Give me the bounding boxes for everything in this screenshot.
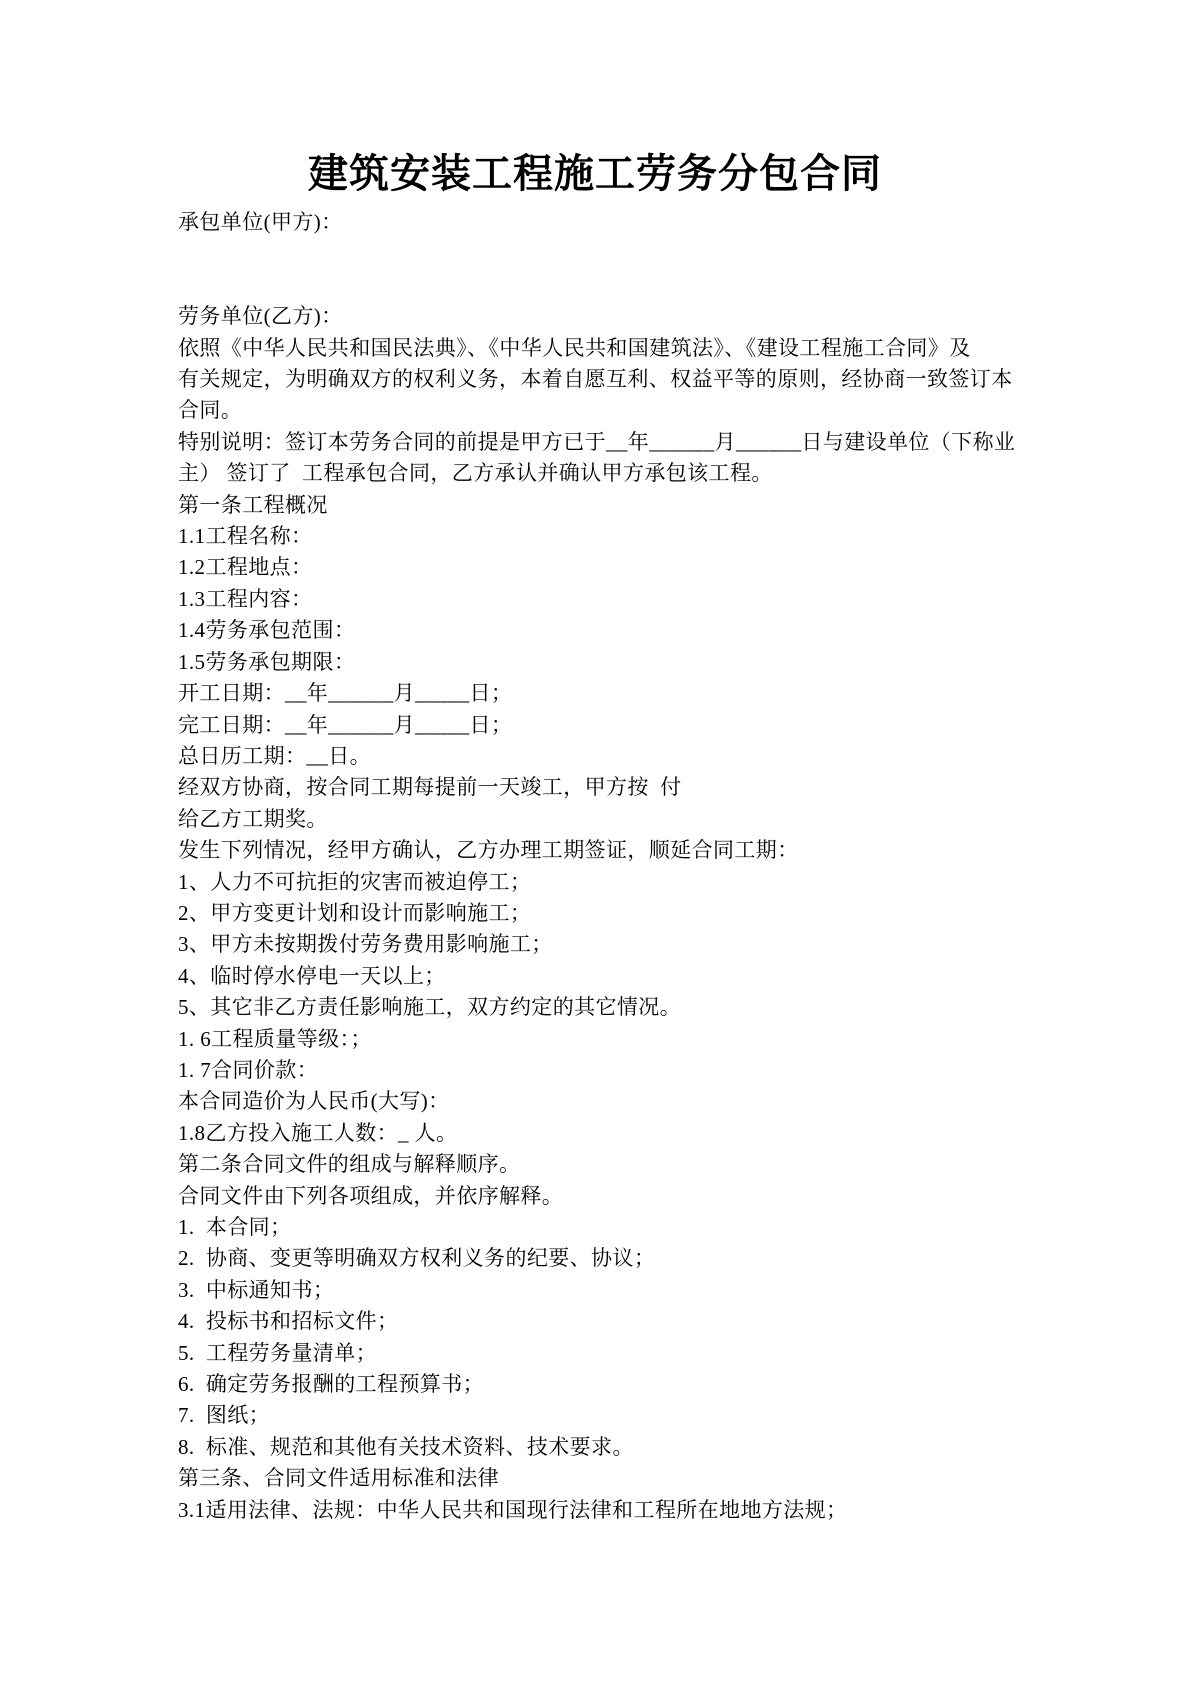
- text-line: 1. 6工程质量等级：；: [178, 1024, 1038, 1055]
- text-line: 3.1适用法律、法规：中华人民共和国现行法律和工程所在地地方法规；: [178, 1495, 1038, 1526]
- text-line: 6. 确定劳务报酬的工程预算书；: [178, 1369, 1038, 1400]
- text-line: 4、临时停水停电一天以上；: [178, 961, 1038, 992]
- text-line: 3. 中标通知书；: [178, 1275, 1038, 1306]
- text-line: 4. 投标书和招标文件；: [178, 1306, 1038, 1337]
- text-line: 1.5劳务承包期限：: [178, 647, 1038, 678]
- text-line: 第二条合同文件的组成与解释顺序。: [178, 1149, 1038, 1180]
- text-line: 5. 工程劳务量清单；: [178, 1338, 1038, 1369]
- text-line: 1.2工程地点：: [178, 552, 1038, 583]
- text-line: 1.8乙方投入施工人数：_ 人。: [178, 1118, 1038, 1149]
- text-line: 7. 图纸；: [178, 1400, 1038, 1431]
- text-line: 承包单位(甲方)：: [178, 207, 1038, 238]
- text-line: 2. 协商、变更等明确双方权利义务的纪要、协议；: [178, 1243, 1038, 1274]
- text-line: 1.4劳务承包范围：: [178, 615, 1038, 646]
- text-line: 1.1工程名称：: [178, 521, 1038, 552]
- text-line: 经双方协商，按合同工期每提前一天竣工，甲方按 付: [178, 772, 1038, 803]
- text-line: 开工日期：__年______月_____日；: [178, 678, 1038, 709]
- text-line: 主） 签订了 工程承包合同，乙方承认并确认甲方承包该工程。: [178, 458, 1038, 489]
- text-line: 8. 标准、规范和其他有关技术资料、技术要求。: [178, 1432, 1038, 1463]
- text-line: 1.3工程内容：: [178, 584, 1038, 615]
- text-line: 1. 7合同价款：: [178, 1055, 1038, 1086]
- text-line: 1、人力不可抗拒的灾害而被迫停工；: [178, 867, 1038, 898]
- text-line: 3、甲方未按期拨付劳务费用影响施工；: [178, 929, 1038, 960]
- text-line: 本合同造价为人民币(大写)：: [178, 1086, 1038, 1117]
- text-line: [178, 238, 1038, 269]
- text-line: 给乙方工期奖。: [178, 804, 1038, 835]
- text-line: 特别说明：签订本劳务合同的前提是甲方已于__年______月______日与建设…: [178, 427, 1038, 458]
- text-line: 依照《中华人民共和国民法典》、《中华人民共和国建筑法》、《建设工程施工合同》及: [178, 333, 1038, 364]
- text-line: 第三条、合同文件适用标准和法律: [178, 1463, 1038, 1494]
- text-line: [178, 270, 1038, 301]
- text-line: 合同文件由下列各项组成，并依序解释。: [178, 1181, 1038, 1212]
- document-body: 承包单位(甲方)： 劳务单位(乙方)：依照《中华人民共和国民法典》、《中华人民共…: [178, 207, 1038, 1526]
- text-line: 发生下列情况，经甲方确认，乙方办理工期签证，顺延合同工期：: [178, 835, 1038, 866]
- document-title: 建筑安装工程施工劳务分包合同: [0, 0, 1190, 203]
- text-line: 总日历工期：__日。: [178, 741, 1038, 772]
- text-line: 完工日期：__年______月_____日；: [178, 710, 1038, 741]
- text-line: 有关规定，为明确双方的权利义务，本着自愿互利、权益平等的原则，经协商一致签订本: [178, 364, 1038, 395]
- text-line: 5、其它非乙方责任影响施工，双方约定的其它情况。: [178, 992, 1038, 1023]
- text-line: 1. 本合同；: [178, 1212, 1038, 1243]
- text-line: 劳务单位(乙方)：: [178, 301, 1038, 332]
- text-line: 合同。: [178, 395, 1038, 426]
- contract-page: 建筑安装工程施工劳务分包合同 承包单位(甲方)： 劳务单位(乙方)：依照《中华人…: [0, 0, 1190, 1683]
- text-line: 第一条工程概况: [178, 490, 1038, 521]
- text-line: 2、甲方变更计划和设计而影响施工；: [178, 898, 1038, 929]
